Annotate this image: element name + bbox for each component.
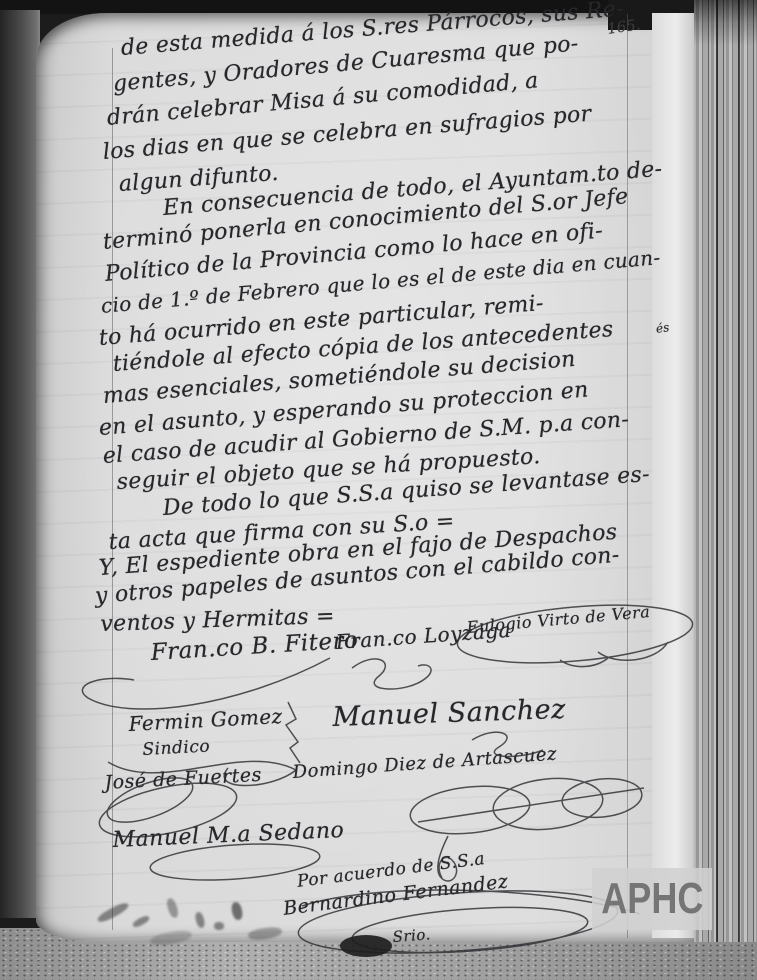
aphc-watermark-label: APHC [601,877,703,921]
signature-rubrics [0,0,757,980]
rubric-virto-oval [455,597,695,671]
rubric-fuertes-loop2 [102,769,198,832]
rubric-sanchez [472,732,543,756]
aphc-watermark: APHC [592,868,712,930]
rubric-gomez [286,702,300,763]
rubric-diez-loop1 [408,781,532,839]
rubric-loyzaga [352,659,431,689]
manuscript-photo: 165. és de esta medida á los S.res Párro… [0,0,757,980]
rubric-sedano [149,839,321,885]
rubric-gomez-underline [108,761,296,785]
rubric-diez-strike [418,788,644,822]
rubric-secretary-cross [302,890,640,914]
ink-smudge [214,922,224,930]
rubric-sedano-flourish [438,836,457,881]
rubric-diez-loop2 [491,773,606,834]
rubric-secretary-knot [340,935,392,957]
rubric-fitero [82,658,330,709]
rubric-virto-flourish [560,642,668,667]
